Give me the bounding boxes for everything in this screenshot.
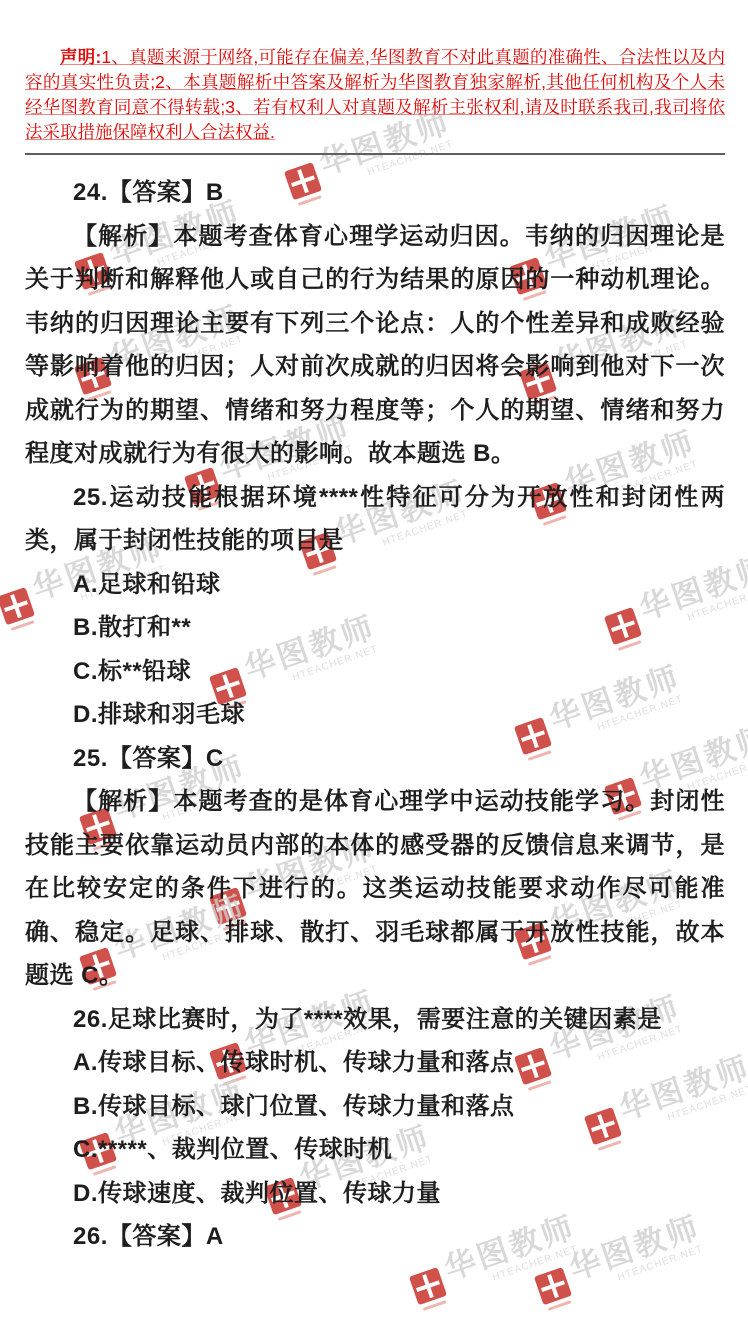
question-paragraph: 26.足球比赛时，为了****效果，需要注意的关键因素是 (25, 998, 725, 1042)
option-item: D.排球和羽毛球 (25, 693, 725, 737)
answer-line: 26.【答案】A (25, 1215, 725, 1259)
answer-line: 24.【答案】B (25, 171, 725, 215)
huatu-logo-caption-mark (548, 1300, 572, 1311)
huatu-logo-icon (534, 1267, 572, 1305)
option-item: C.*****、裁判位置、传球时机 (25, 1128, 725, 1172)
option-item: A.传球目标、传球时机、传球力量和落点 (25, 1041, 725, 1085)
option-item: B.散打和** (25, 606, 725, 650)
document-page: 华图教师HTEACHER.NET华图教师HTEACHER.NET华图教师HTEA… (0, 0, 748, 1335)
document-content: 声明:1、真题来源于网络,可能存在偏差,华图教育不对此真题的准确性、合法性以及内… (0, 0, 748, 1259)
disclaimer: 声明:1、真题来源于网络,可能存在偏差,华图教育不对此真题的准确性、合法性以及内… (25, 45, 725, 155)
huatu-logo-icon (409, 1267, 447, 1305)
question-paragraph: 25.运动技能根据环境****性特征可分为开放性和封闭性两类，属于封闭性技能的项… (25, 476, 725, 563)
option-item: C.标**铅球 (25, 650, 725, 694)
huatu-logo-caption-mark (423, 1300, 447, 1311)
disclaimer-label: 声明: (60, 47, 101, 67)
disclaimer-text: 1、真题来源于网络,可能存在偏差,华图教育不对此真题的准确性、合法性以及内容的真… (25, 47, 725, 142)
option-item: B.传球目标、球门位置、传球力量和落点 (25, 1085, 725, 1129)
answer-line: 25.【答案】C (25, 737, 725, 781)
analysis-paragraph: 【解析】本题考查体育心理学运动归因。韦纳的归因理论是关于判断和解释他人或自己的行… (25, 215, 725, 476)
qa-content: 24.【答案】B【解析】本题考查体育心理学运动归因。韦纳的归因理论是关于判断和解… (25, 171, 725, 1259)
analysis-paragraph: 【解析】本题考查的是体育心理学中运动技能学习。封闭性技能主要依靠运动员内部的本体… (25, 780, 725, 998)
option-item: A.足球和铅球 (25, 563, 725, 607)
option-item: D.传球速度、裁判位置、传球力量 (25, 1172, 725, 1216)
